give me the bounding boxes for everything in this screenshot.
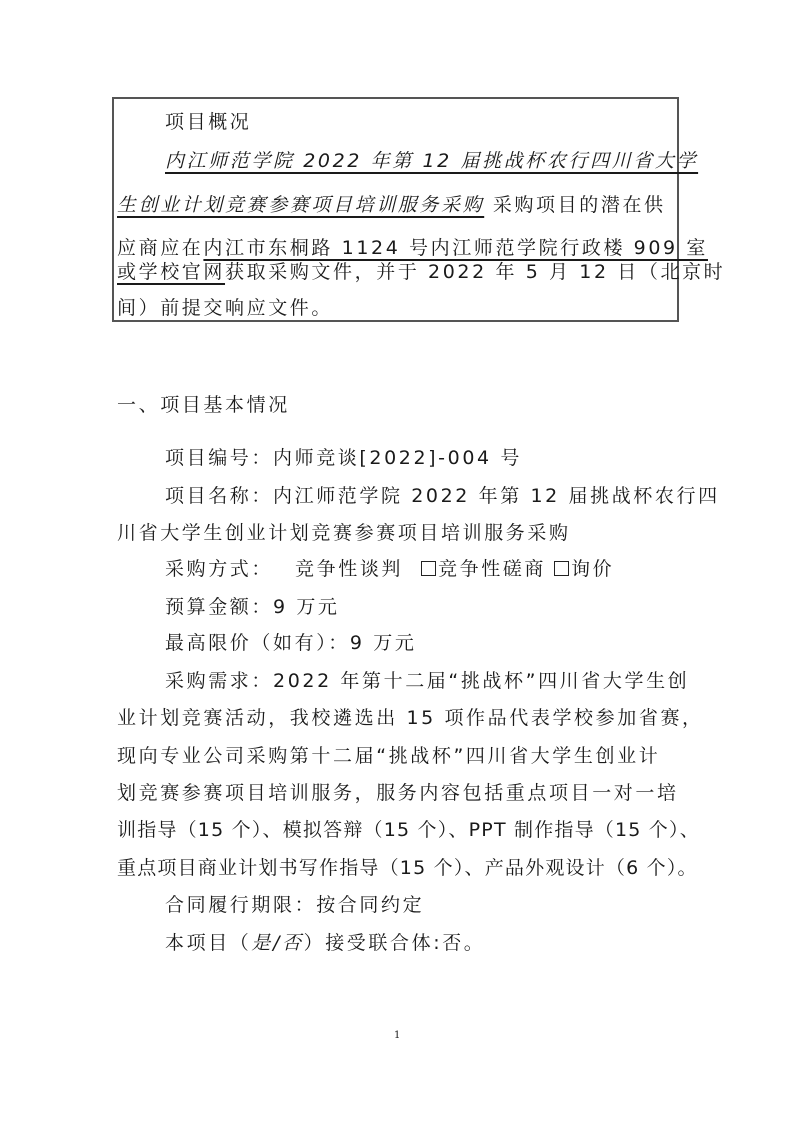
overview-heading: 项目概况 [165, 110, 251, 134]
project-title-link-cont: 生创业计划竞赛参赛项目培训服务采购 [117, 194, 484, 216]
section-title: 一、项目基本情况 [117, 393, 290, 417]
requirements-line-2: 业计划竞赛活动，我校遴选出 15 项作品代表学校参加省赛， [117, 706, 704, 730]
consortium-statement: 本项目（是/否）接受联合体:否。 [165, 931, 485, 955]
overview-line-5: 间）前提交响应文件。 [117, 296, 333, 320]
project-name-line-1: 项目名称：内江师范学院 2022 年第 12 届挑战杯农行四 [165, 484, 720, 508]
overview-line-1: 内江师范学院 2022 年第 12 届挑战杯农行四川省大学 [165, 149, 698, 173]
page-number: 1 [394, 1030, 400, 1041]
requirements-line-3: 现向专业公司采购第十二届“挑战杯”四川省大学生创业计 [117, 744, 660, 768]
requirements-line-5: 训指导（15 个）、模拟答辩（15 个）、PPT 制作指导（15 个）、 [117, 818, 700, 842]
checkbox-inquiry[interactable] [554, 561, 569, 576]
checkbox-consultation[interactable] [421, 561, 436, 576]
project-number: 项目编号：内师竞谈[2022]-004 号 [165, 446, 522, 470]
overview-line-3: 应商应在内江市东桐路 1124 号内江师范学院行政楼 909 室 [117, 236, 708, 260]
max-price: 最高限价（如有）：9 万元 [165, 631, 416, 655]
project-name-line-2: 川省大学生创业计划竞赛参赛项目培训服务采购 [117, 521, 571, 545]
requirements-line-6: 重点项目商业计划书写作指导（15 个）、产品外观设计（6 个）。 [117, 856, 698, 880]
requirements-line-4: 划竞赛参赛项目培训服务，服务内容包括重点项目一对一培 [117, 781, 679, 805]
project-title-link: 内江师范学院 2022 年第 12 届挑战杯农行四川省大学 [165, 150, 698, 172]
budget-amount: 预算金额：9 万元 [165, 595, 340, 619]
method-selected: 竞争性谈判 [295, 558, 403, 580]
requirements-line-1: 采购需求：2022 年第十二届“挑战杯”四川省大学生创 [165, 669, 689, 693]
contract-term: 合同履行期限：按合同约定 [165, 893, 424, 917]
school-website: 或学校官网 [117, 261, 225, 283]
overview-line-2: 生创业计划竞赛参赛项目培训服务采购 采购项目的潜在供 [117, 193, 666, 217]
address: 内江市东桐路 1124 号内江师范学院行政楼 909 室 [203, 237, 708, 259]
procurement-method: 采购方式：竞争性谈判竞争性磋商询价 [165, 557, 614, 581]
overview-line-4: 或学校官网获取采购文件，并于 2022 年 5 月 12 日（北京时 [117, 260, 725, 284]
